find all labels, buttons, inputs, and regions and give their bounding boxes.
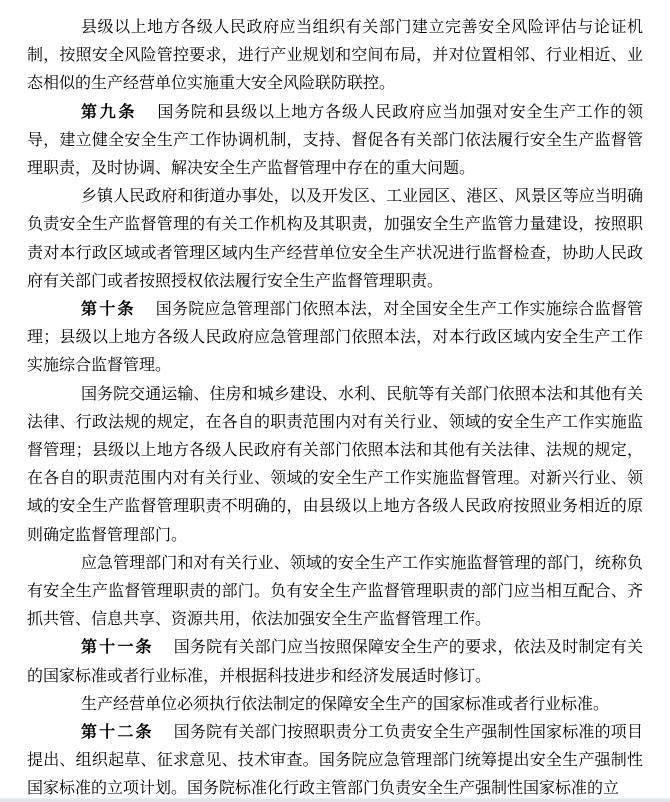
paragraph-text: 生产经营单位必须执行依法制定的保障安全生产的国家标准或者行业标准。 (81, 696, 609, 713)
paragraph: 生产经营单位必须执行依法制定的保障安全生产的国家标准或者行业标准。 (27, 691, 643, 719)
paragraph: 第九条国务院和县级以上地方各级人民政府应当加强对安全生产工作的领导，建立健全安全… (27, 99, 643, 184)
paragraph: 第十一条国务院有关部门应当按照保障安全生产的要求，依法及时制定有关的国家标准或者… (27, 634, 643, 690)
paragraph: 第十条国务院应急管理部门依照本法，对全国安全生产工作实施综合监督管理；县级以上地… (27, 296, 643, 381)
article-number: 第十二条 (81, 724, 154, 741)
paragraph: 第十二条国务院有关部门按照职责分工负责安全生产强制性国家标准的项目提出、组织起草… (27, 719, 643, 802)
paragraph-text: 乡镇人民政府和街道办事处，以及开发区、工业园区、港区、风景区等应当明确负责安全生… (27, 188, 643, 290)
paragraph-text: 国务院交通运输、住房和城乡建设、水利、民航等有关部门依照本法和其他有关法律、行政… (27, 386, 643, 544)
article-number: 第十条 (81, 301, 136, 318)
paragraph: 应急管理部门和对有关行业、领域的安全生产工作实施监督管理的部门，统称负有安全生产… (27, 550, 643, 635)
document-page: 县级以上地方各级人民政府应当组织有关部门建立完善安全风险评估与论证机制，按照安全… (0, 0, 670, 802)
paragraph: 国务院交通运输、住房和城乡建设、水利、民航等有关部门依照本法和其他有关法律、行政… (27, 381, 643, 550)
paragraph: 乡镇人民政府和街道办事处，以及开发区、工业园区、港区、风景区等应当明确负责安全生… (27, 183, 643, 296)
bottom-edge-bar (0, 798, 670, 802)
paragraph-text: 县级以上地方各级人民政府应当组织有关部门建立完善安全风险评估与论证机制，按照安全… (27, 19, 643, 92)
paragraph-text: 应急管理部门和对有关行业、领域的安全生产工作实施监督管理的部门，统称负有安全生产… (27, 555, 643, 628)
article-number: 第十一条 (81, 639, 154, 656)
article-number: 第九条 (81, 104, 137, 121)
paragraph: 县级以上地方各级人民政府应当组织有关部门建立完善安全风险评估与论证机制，按照安全… (27, 14, 643, 99)
